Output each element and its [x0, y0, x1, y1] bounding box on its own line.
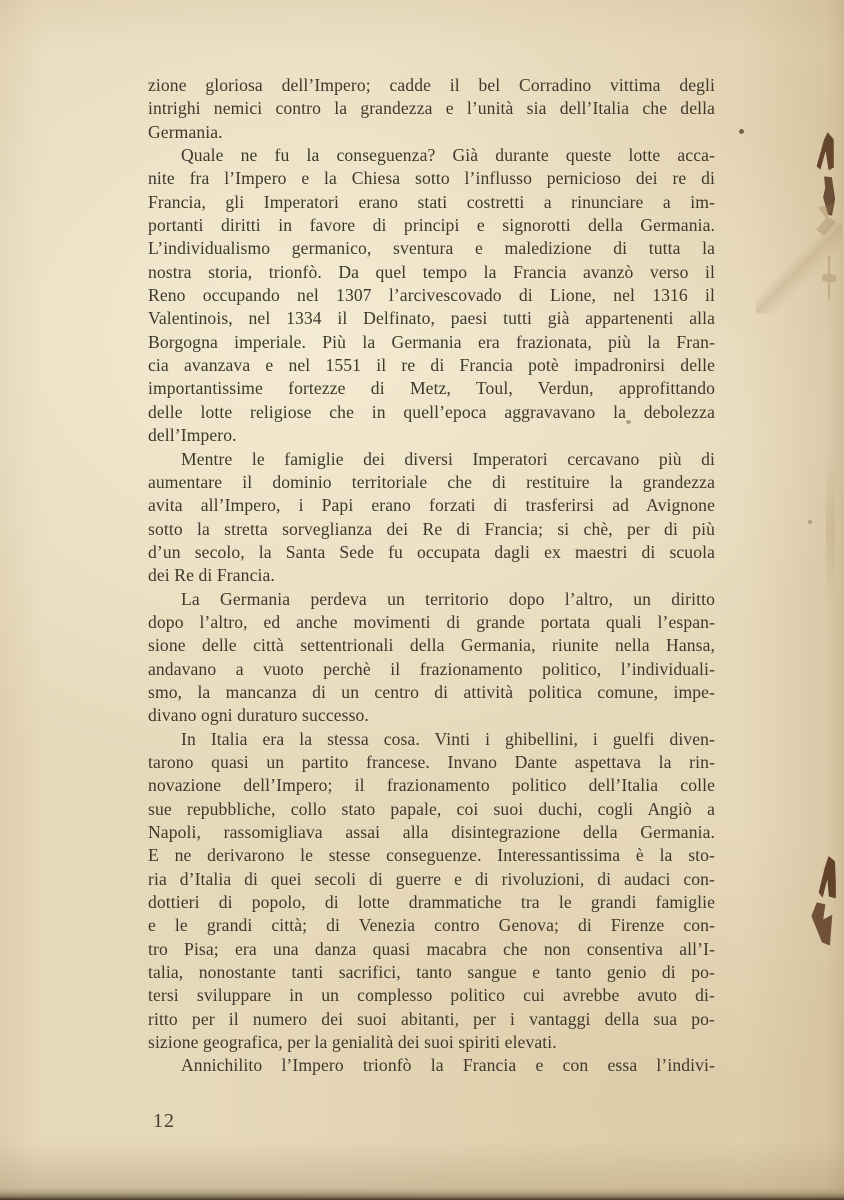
text-line: smo, la mancanza di un centro di attivit… — [148, 681, 715, 704]
text-line: dei Re di Francia. — [148, 564, 715, 587]
text-line: delle lotte religiose che in quell’epoca… — [148, 401, 715, 424]
text-line: sione delle città settentrionali della G… — [148, 634, 715, 657]
text-line: E ne derivarono le stesse conseguenze. I… — [148, 844, 715, 867]
binding-mark-bottom-1 — [817, 856, 838, 899]
ink-speck-1 — [739, 129, 744, 134]
binding-mark-top-2 — [822, 176, 836, 217]
text-line: In Italia era la stessa cosa. Vinti i gh… — [148, 728, 715, 751]
text-line: Mentre le famiglie dei diversi Imperator… — [148, 448, 715, 471]
text-line: novazione dell’Impero; il frazionamento … — [148, 774, 715, 797]
text-line: d’un secolo, la Santa Sede fu occupata d… — [148, 541, 715, 564]
text-line: nite fra l’Impero e la Chiesa sotto l’in… — [148, 167, 715, 190]
text-line: tarono quasi un partito francese. Invano… — [148, 751, 715, 774]
page-number: 12 — [153, 1110, 175, 1133]
text-line: aumentare il dominio territoriale che di… — [148, 471, 715, 494]
text-line: nostra storia, trionfò. Da quel tempo la… — [148, 261, 715, 284]
ink-speck-3 — [808, 520, 812, 524]
text-line: tro Pisa; era una danza quasi macabra ch… — [148, 938, 715, 961]
text-line: ritto per il numero dei suoi abitanti, p… — [148, 1008, 715, 1031]
paper-crease — [756, 222, 842, 314]
text-line: Quale ne fu la conseguenza? Già durante … — [148, 144, 715, 167]
text-line: tersi sviluppare in un complesso politic… — [148, 984, 715, 1007]
edge-streak — [826, 455, 835, 605]
text-line: Reno occupando nel 1307 l’arcivescovado … — [148, 284, 715, 307]
text-line: intrighi nemici contro la grandezza e l’… — [148, 97, 715, 120]
text-line: dottieri di popolo, di lotte drammatiche… — [148, 891, 715, 914]
text-line: ria d’Italia di quei secoli di guerre e … — [148, 868, 715, 891]
scan-bottom-edge — [0, 1193, 844, 1200]
pencil-smudge — [816, 204, 836, 236]
book-page: zione gloriosa dell’Impero; cadde il bel… — [0, 0, 844, 1200]
text-line: Germania. — [148, 121, 715, 144]
text-line: Annichilito l’Impero trionfò la Francia … — [148, 1054, 715, 1077]
text-line: e le grandi città; di Venezia contro Gen… — [148, 914, 715, 937]
text-line: Borgogna imperiale. Più la Germania era … — [148, 331, 715, 354]
text-line: sotto la stretta sorveglianza dei Re di … — [148, 518, 715, 541]
text-line: cia avanzava e nel 1551 il re di Francia… — [148, 354, 715, 377]
text-line: divano ogni duraturo successo. — [148, 704, 715, 727]
text-line: importantissime fortezze di Metz, Toul, … — [148, 377, 715, 400]
text-line: La Germania perdeva un territorio dopo l… — [148, 588, 715, 611]
text-line: Valentinois, nel 1334 il Delfinato, paes… — [148, 307, 715, 330]
text-line: L’individualismo germanico, sventura e m… — [148, 237, 715, 260]
text-line: sizione geografica, per la genialità dei… — [148, 1031, 715, 1054]
text-line: Napoli, rassomigliava assai alla disinte… — [148, 821, 715, 844]
text-line: sue repubbliche, collo stato papale, coi… — [148, 798, 715, 821]
page-text: zione gloriosa dell’Impero; cadde il bel… — [148, 74, 715, 1078]
text-line: avita all’Impero, i Papi erano forzati d… — [148, 494, 715, 517]
text-line: talia, nonostante tanti sacrifici, tanto… — [148, 961, 715, 984]
text-line: Francia, gli Imperatori erano stati cost… — [148, 191, 715, 214]
text-line: dell’Impero. — [148, 424, 715, 447]
faint-mark — [822, 256, 836, 300]
binding-mark-bottom-2 — [810, 901, 834, 946]
text-line: zione gloriosa dell’Impero; cadde il bel… — [148, 74, 715, 97]
binding-mark-top-1 — [816, 131, 837, 170]
text-line: dopo l’altro, ed anche movimenti di gran… — [148, 611, 715, 634]
text-line: portanti diritti in favore di principi e… — [148, 214, 715, 237]
text-line: andavano a vuoto perchè il frazionamento… — [148, 658, 715, 681]
